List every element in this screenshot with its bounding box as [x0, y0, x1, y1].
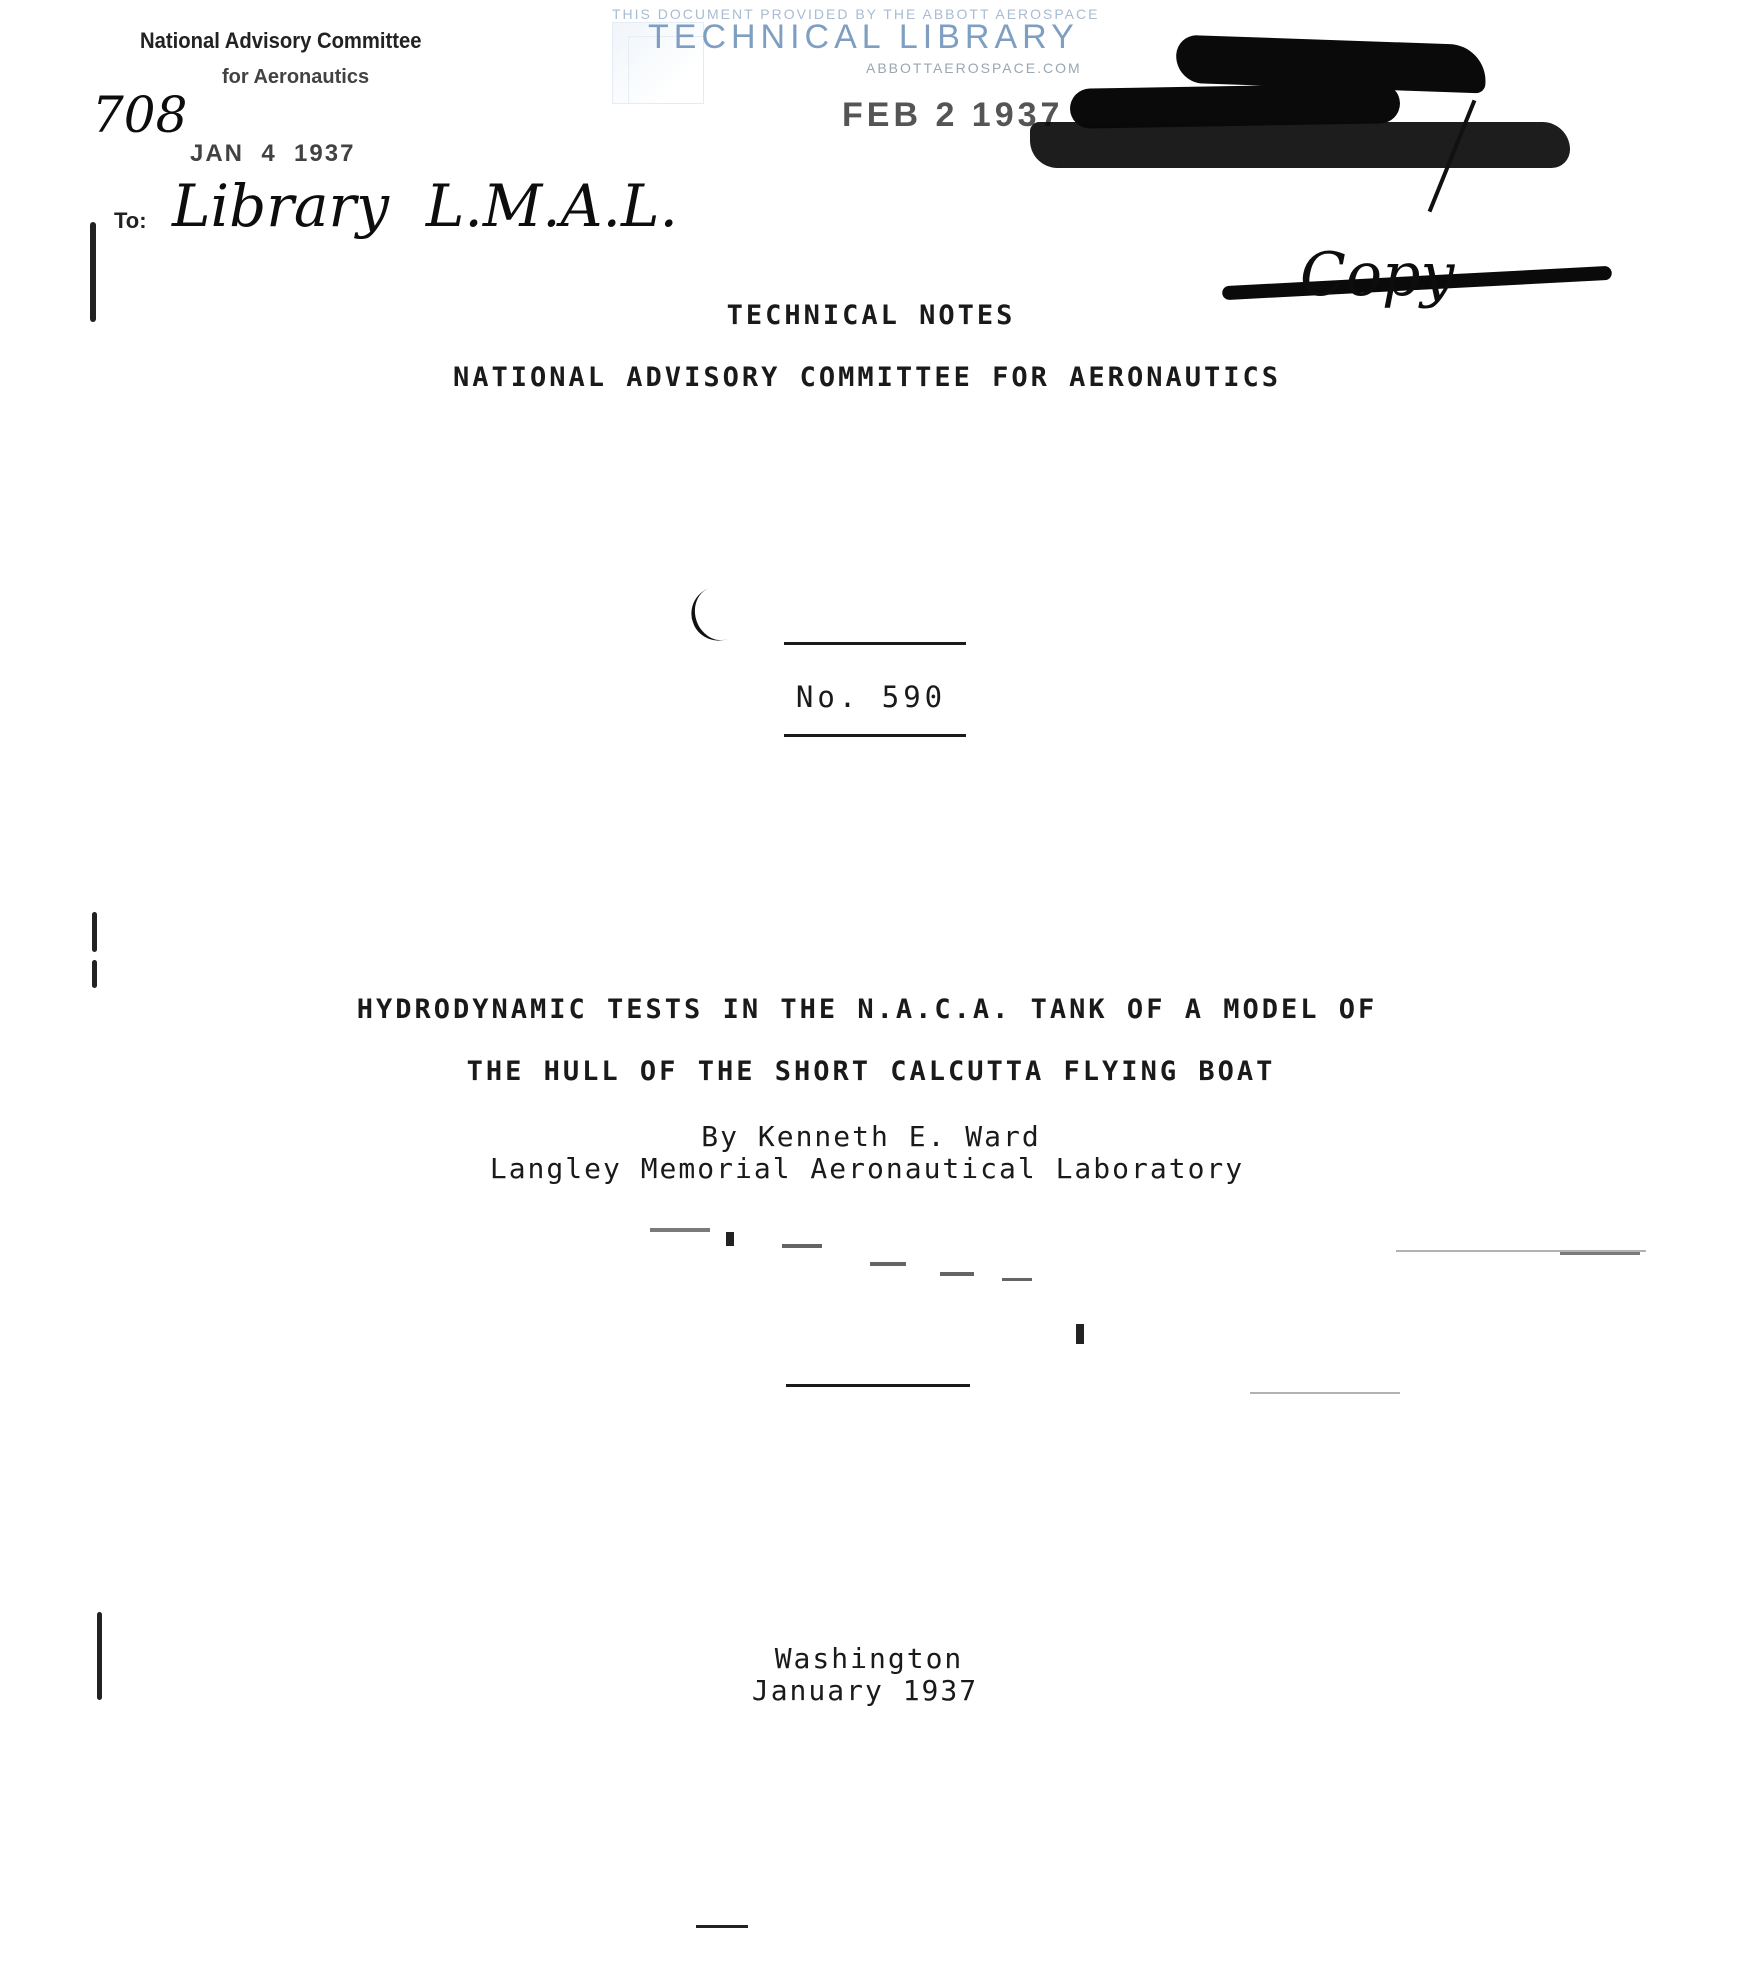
scan-artifact	[1250, 1392, 1400, 1394]
scan-artifact	[870, 1262, 906, 1266]
publication-place: Washington	[0, 1642, 1744, 1675]
scan-artifact	[782, 1244, 822, 1248]
binding-mark-2	[92, 912, 97, 952]
handwritten-number: 708	[92, 86, 187, 144]
binding-mark-3	[92, 960, 97, 988]
publication-date: January 1937	[0, 1674, 1740, 1707]
scan-artifact	[696, 1925, 748, 1928]
number-rule-bottom	[784, 734, 966, 737]
scan-artifact	[1002, 1278, 1032, 1281]
scan-artifact	[1560, 1252, 1640, 1255]
scan-artifact	[940, 1272, 974, 1276]
report-title-line2: THE HULL OF THE SHORT CALCUTTA FLYING BO…	[0, 1056, 1746, 1087]
organization-name: NATIONAL ADVISORY COMMITTEE FOR AERONAUT…	[0, 362, 1742, 393]
report-title-line1: HYDRODYNAMIC TESTS IN THE N.A.C.A. TANK …	[0, 994, 1742, 1025]
scan-artifact	[726, 1232, 734, 1246]
date-stamp: JAN 4 1937	[190, 140, 355, 168]
author: By Kenneth E. Ward	[0, 1120, 1746, 1153]
divider-rule	[786, 1384, 970, 1387]
stamp-org-line1: National Advisory Committee	[140, 28, 422, 54]
document-number: No. 590	[0, 680, 1746, 714]
scan-artifact	[1076, 1324, 1084, 1344]
pen-mark-parenthesis	[684, 586, 734, 648]
stamp-org-line2: for Aeronautics	[222, 66, 369, 89]
watermark-url: ABBOTTAEROSPACE.COM	[866, 60, 1082, 76]
to-label: To:	[114, 208, 147, 234]
watermark-title: TECHNICAL LIBRARY	[648, 18, 1079, 57]
series-title: TECHNICAL NOTES	[0, 300, 1746, 331]
handwritten-recipient: Library L.M.A.L.	[172, 172, 678, 240]
affiliation: Langley Memorial Aeronautical Laboratory	[0, 1152, 1742, 1185]
scan-artifact	[650, 1228, 710, 1232]
redaction-mark-3	[1030, 122, 1570, 168]
number-rule-top	[784, 642, 966, 645]
